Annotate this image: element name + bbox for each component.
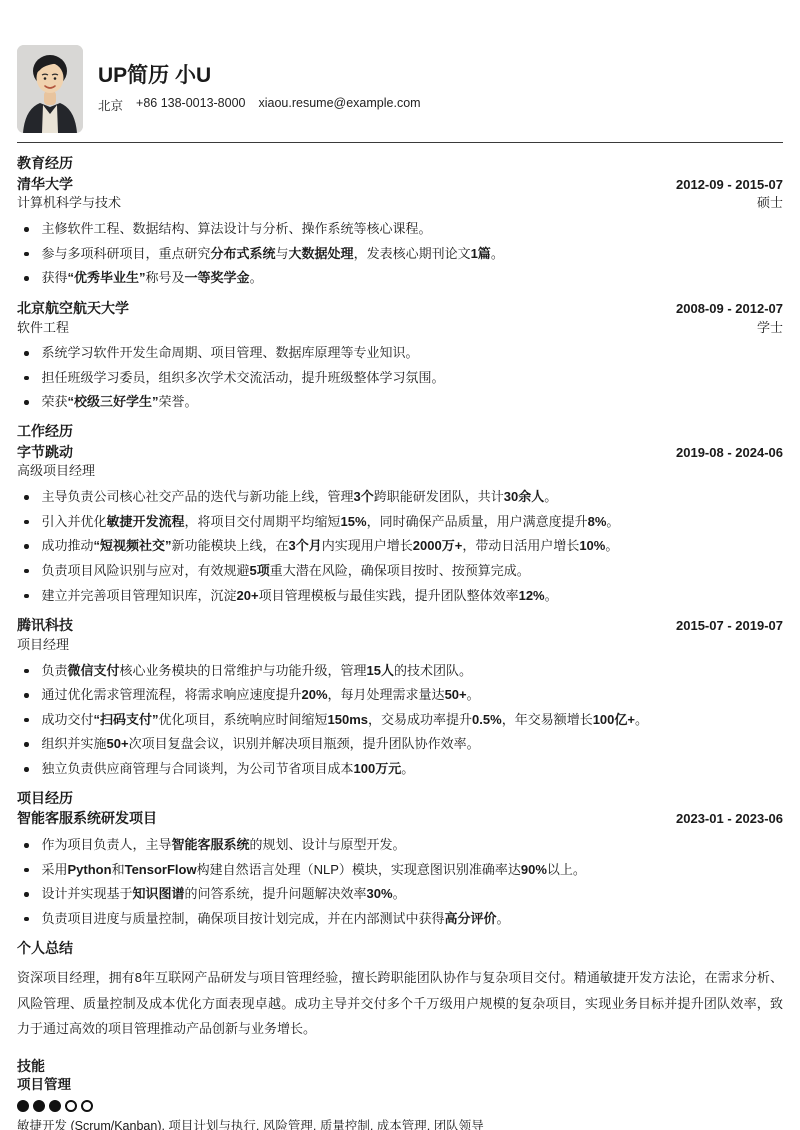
- entry-role: 计算机科学与技术: [17, 196, 121, 210]
- bullet-text-run: 担任班级学习委员，组织多次学术交流活动，提升班级整体学习氛围。: [42, 370, 445, 385]
- contact-line: 北京 +86 138-0013-8000 xiaou.resume@exampl…: [98, 96, 421, 114]
- bullet-text-bold: “扫码支付”: [94, 712, 159, 727]
- bullet-dot-icon: [24, 400, 29, 405]
- bullet-text-bold: 分布式系统: [211, 246, 276, 261]
- section-title: 工作经历: [17, 424, 783, 439]
- bullet-text-run: 和: [112, 862, 125, 877]
- resume-entry: 智能客服系统研发项目2023-01 - 2023-06作为项目负责人，主导智能客…: [17, 811, 783, 927]
- bullet-dot-icon: [24, 376, 29, 381]
- entry-org: 清华大学: [17, 177, 73, 192]
- bullet-item: 负责微信支付核心业务模块的日常维护与功能升级，管理15人的技术团队。: [17, 663, 783, 680]
- bullet-text-run: 。: [606, 514, 619, 529]
- bullet-text-run: 。: [545, 588, 558, 603]
- bullet-text-run: 。: [491, 246, 504, 261]
- bullet-text-run: 负责: [42, 663, 68, 678]
- bullet-text-bold: 15%: [341, 514, 367, 529]
- bullet-text-bold: 50+: [445, 687, 467, 702]
- bullet-text-run: 次项目复盘会议，识别并解决项目瓶颈，提升团队协作效率。: [129, 736, 480, 751]
- bullet-text-bold: 30余人: [504, 489, 544, 504]
- bullet-text-run: 新功能模块上线，在: [172, 538, 289, 553]
- bullet-item: 通过优化需求管理流程，将需求响应速度提升20%，每月处理需求量达50+。: [17, 687, 783, 704]
- bullet-text-run: 组织并实施: [42, 736, 107, 751]
- skill-detail: 敏捷开发 (Scrum/Kanban), 项目计划与执行, 风险管理, 质量控制…: [17, 1120, 783, 1130]
- bullet-text: 作为项目负责人，主导智能客服系统的规划、设计与原型开发。: [42, 837, 406, 854]
- bullet-dot-icon: [24, 569, 29, 574]
- bullet-item: 获得“优秀毕业生”称号及一等奖学金。: [17, 270, 783, 287]
- bullet-text-bold: 20+: [237, 588, 259, 603]
- resume-entry: 北京航空航天大学2008-09 - 2012-07软件工程学士系统学习软件开发生…: [17, 301, 783, 411]
- bullet-text-run: 主导负责公司核心社交产品的迭代与新功能上线，管理: [42, 489, 354, 504]
- section-title: 技能: [17, 1059, 783, 1074]
- bullet-dot-icon: [24, 351, 29, 356]
- bullet-dot-icon: [24, 594, 29, 599]
- bullet-text-bold: 90%: [521, 862, 547, 877]
- bullet-text-bold: 30%: [367, 886, 393, 901]
- bullet-text-bold: 高分评价: [445, 911, 497, 926]
- bullet-text-run: 的规划、设计与原型开发。: [250, 837, 406, 852]
- bullet-text: 采用Python和TensorFlow构建自然语言处理（NLP）模块，实现意图识…: [42, 862, 586, 879]
- entry-header: 腾讯科技2015-07 - 2019-07: [17, 618, 783, 633]
- bullet-item: 建立并完善项目管理知识库，沉淀20+项目管理模板与最佳实践，提升团队整体效率12…: [17, 588, 783, 605]
- bullet-dot-icon: [24, 544, 29, 549]
- bullet-item: 主导负责公司核心社交产品的迭代与新功能上线，管理3个跨职能研发团队，共计30余人…: [17, 489, 783, 506]
- bullet-text-run: ，带动日活用户增长: [462, 538, 579, 553]
- bullet-text-bold: Python: [68, 862, 112, 877]
- bullet-text-run: 荣获: [42, 394, 68, 409]
- bullet-item: 设计并实现基于知识图谱的问答系统，提升问题解决效率30%。: [17, 886, 783, 903]
- bullet-text-run: 负责项目进度与质量控制，确保项目按计划完成，并在内部测试中获得: [42, 911, 445, 926]
- rating-dot-filled-icon: [49, 1100, 61, 1112]
- bullet-text-run: 称号及: [146, 270, 185, 285]
- section-projects: 项目经历智能客服系统研发项目2023-01 - 2023-06作为项目负责人，主…: [17, 791, 783, 928]
- bullet-text-run: 。: [250, 270, 263, 285]
- bullet-text-bold: 150ms: [328, 712, 368, 727]
- entry-role: 软件工程: [17, 321, 69, 335]
- bullet-text-run: 项目管理模板与最佳实践，提升团队整体效率: [259, 588, 519, 603]
- bullet-item: 主修软件工程、数据结构、算法设计与分析、操作系统等核心课程。: [17, 221, 783, 238]
- bullet-text-run: 构建自然语言处理（NLP）模块，实现意图识别准确率达: [197, 862, 521, 877]
- bullet-text-bold: 50+: [107, 736, 129, 751]
- bullet-text-bold: 10%: [579, 538, 605, 553]
- resume-entry: 腾讯科技2015-07 - 2019-07项目经理负责微信支付核心业务模块的日常…: [17, 618, 783, 777]
- bullet-dot-icon: [24, 252, 29, 257]
- bullet-text-run: 设计并实现基于: [42, 886, 133, 901]
- bullet-text-bold: 3个: [354, 489, 374, 504]
- contact-email: xiaou.resume@example.com: [259, 96, 421, 114]
- bullet-text-bold: 一等奖学金: [185, 270, 250, 285]
- bullet-text: 参与多项科研项目，重点研究分布式系统与大数据处理，发表核心期刊论文1篇。: [42, 246, 504, 263]
- bullet-text-bold: 20%: [302, 687, 328, 702]
- bullet-text: 负责项目进度与质量控制，确保项目按计划完成，并在内部测试中获得高分评价。: [42, 911, 510, 928]
- bullet-item: 系统学习软件开发生命周期、项目管理、数据库原理等专业知识。: [17, 345, 783, 362]
- bullet-text: 独立负责供应商管理与合同谈判，为公司节省项目成本100万元。: [42, 761, 415, 778]
- bullet-text-bold: 智能客服系统: [172, 837, 250, 852]
- bullet-dot-icon: [24, 227, 29, 232]
- skill-name: 项目管理: [17, 1078, 783, 1092]
- entry-subheader: 计算机科学与技术硕士: [17, 196, 783, 210]
- contact-phone: +86 138-0013-8000: [136, 96, 245, 114]
- bullet-dot-icon: [24, 868, 29, 873]
- bullet-text: 担任班级学习委员，组织多次学术交流活动，提升班级整体学习氛围。: [42, 370, 445, 387]
- bullet-text-run: ，年交易额增长: [502, 712, 593, 727]
- bullet-item: 负责项目风险识别与应对，有效规避5项重大潜在风险，确保项目按时、按预算完成。: [17, 563, 783, 580]
- bullet-text-run: 与: [276, 246, 289, 261]
- bullet-dot-icon: [24, 843, 29, 848]
- bullet-text-bold: 15人: [367, 663, 394, 678]
- bullet-text-bold: “优秀毕业生”: [68, 270, 146, 285]
- bullet-text-bold: “短视频社交”: [94, 538, 172, 553]
- bullet-dot-icon: [24, 767, 29, 772]
- entry-degree: 学士: [757, 321, 783, 335]
- bullet-item: 成功交付“扫码支付”优化项目，系统响应时间缩短150ms，交易成功率提升0.5%…: [17, 712, 783, 729]
- section-summary: 个人总结资深项目经理，拥有8年互联网产品研发与项目管理经验，擅长跨职能团队协作与…: [17, 941, 783, 1042]
- bullet-text-run: 。: [635, 712, 648, 727]
- bullet-text: 获得“优秀毕业生”称号及一等奖学金。: [42, 270, 263, 287]
- bullet-text-run: 负责项目风险识别与应对，有效规避: [42, 563, 250, 578]
- bullet-text-run: 以上。: [547, 862, 586, 877]
- entry-subheader: 项目经理: [17, 638, 783, 652]
- bullet-text-run: 通过优化需求管理流程，将需求响应速度提升: [42, 687, 302, 702]
- bullet-text-run: 荣誉。: [159, 394, 198, 409]
- entry-role: 项目经理: [17, 638, 69, 652]
- bullet-text-bold: 1篇: [471, 246, 491, 261]
- bullet-list: 主修软件工程、数据结构、算法设计与分析、操作系统等核心课程。参与多项科研项目，重…: [17, 221, 783, 287]
- bullet-text-run: 。: [497, 911, 510, 926]
- bullet-text: 负责微信支付核心业务模块的日常维护与功能升级，管理15人的技术团队。: [42, 663, 473, 680]
- bullet-text-run: 独立负责供应商管理与合同谈判，为公司节省项目成本: [42, 761, 354, 776]
- identity-block: UP简历 小U 北京 +86 138-0013-8000 xiaou.resum…: [98, 64, 421, 114]
- bullet-text: 系统学习软件开发生命周期、项目管理、数据库原理等专业知识。: [42, 345, 419, 362]
- bullet-text-run: 参与多项科研项目，重点研究: [42, 246, 211, 261]
- entry-subheader: 软件工程学士: [17, 321, 783, 335]
- bullet-text-run: 优化项目，系统响应时间缩短: [159, 712, 328, 727]
- bullet-text-bold: 100亿+: [593, 712, 635, 727]
- resume-page: UP简历 小U 北京 +86 138-0013-8000 xiaou.resum…: [0, 0, 800, 1130]
- bullet-list: 系统学习软件开发生命周期、项目管理、数据库原理等专业知识。担任班级学习委员，组织…: [17, 345, 783, 411]
- bullet-text-run: 的技术团队。: [394, 663, 472, 678]
- section-title: 项目经历: [17, 791, 783, 806]
- bullet-text: 荣获“校级三好学生”荣誉。: [42, 394, 198, 411]
- bullet-text-run: 系统学习软件开发生命周期、项目管理、数据库原理等专业知识。: [42, 345, 419, 360]
- bullet-text: 成功推动“短视频社交”新功能模块上线，在3个月内实现用户增长2000万+，带动日…: [42, 538, 619, 555]
- bullet-item: 荣获“校级三好学生”荣誉。: [17, 394, 783, 411]
- bullet-text-bold: 大数据处理: [289, 246, 354, 261]
- bullet-text-run: 。: [467, 687, 480, 702]
- bullet-text: 引入并优化敏捷开发流程，将项目交付周期平均缩短15%，同时确保产品质量，用户满意…: [42, 514, 620, 531]
- section-work: 工作经历字节跳动2019-08 - 2024-06高级项目经理主导负责公司核心社…: [17, 424, 783, 778]
- bullet-text-bold: 3个月: [289, 538, 322, 553]
- bullet-item: 引入并优化敏捷开发流程，将项目交付周期平均缩短15%，同时确保产品质量，用户满意…: [17, 514, 783, 531]
- entry-date: 2008-09 - 2012-07: [676, 302, 783, 316]
- bullet-text-run: 采用: [42, 862, 68, 877]
- profile-photo-illustration: [17, 45, 83, 133]
- resume-sections: 教育经历清华大学2012-09 - 2015-07计算机科学与技术硕士主修软件工…: [17, 156, 783, 1130]
- entry-date: 2015-07 - 2019-07: [676, 619, 783, 633]
- bullet-text-run: 建立并完善项目管理知识库，沉淀: [42, 588, 237, 603]
- entry-org: 北京航空航天大学: [17, 301, 129, 316]
- bullet-text-run: 核心业务模块的日常维护与功能升级，管理: [120, 663, 367, 678]
- bullet-item: 担任班级学习委员，组织多次学术交流活动，提升班级整体学习氛围。: [17, 370, 783, 387]
- bullet-text-bold: 敏捷开发流程: [107, 514, 185, 529]
- bullet-item: 采用Python和TensorFlow构建自然语言处理（NLP）模块，实现意图识…: [17, 862, 783, 879]
- bullet-text-run: 引入并优化: [42, 514, 107, 529]
- section-title: 个人总结: [17, 941, 783, 956]
- bullet-dot-icon: [24, 276, 29, 281]
- bullet-text-bold: 12%: [519, 588, 545, 603]
- bullet-text-run: ，每月处理需求量达: [328, 687, 445, 702]
- bullet-list: 主导负责公司核心社交产品的迭代与新功能上线，管理3个跨职能研发团队，共计30余人…: [17, 489, 783, 604]
- entry-header: 智能客服系统研发项目2023-01 - 2023-06: [17, 811, 783, 826]
- bullet-dot-icon: [24, 718, 29, 723]
- entry-header: 北京航空航天大学2008-09 - 2012-07: [17, 301, 783, 316]
- bullet-dot-icon: [24, 520, 29, 525]
- bullet-item: 作为项目负责人，主导智能客服系统的规划、设计与原型开发。: [17, 837, 783, 854]
- bullet-text: 成功交付“扫码支付”优化项目，系统响应时间缩短150ms，交易成功率提升0.5%…: [42, 712, 649, 729]
- bullet-text-run: 主修软件工程、数据结构、算法设计与分析、操作系统等核心课程。: [42, 221, 432, 236]
- entry-header: 字节跳动2019-08 - 2024-06: [17, 445, 783, 460]
- entry-header: 清华大学2012-09 - 2015-07: [17, 177, 783, 192]
- bullet-dot-icon: [24, 742, 29, 747]
- resume-entry: 清华大学2012-09 - 2015-07计算机科学与技术硕士主修软件工程、数据…: [17, 177, 783, 287]
- resume-header: UP简历 小U 北京 +86 138-0013-8000 xiaou.resum…: [17, 45, 783, 133]
- bullet-text-bold: TensorFlow: [125, 862, 197, 877]
- section-education: 教育经历清华大学2012-09 - 2015-07计算机科学与技术硕士主修软件工…: [17, 156, 783, 411]
- contact-location: 北京: [98, 96, 123, 114]
- bullet-text-run: ，交易成功率提升: [368, 712, 472, 727]
- bullet-text-bold: “校级三好学生”: [68, 394, 159, 409]
- bullet-text-run: 。: [401, 761, 414, 776]
- entry-date: 2012-09 - 2015-07: [676, 178, 783, 192]
- bullet-text-bold: 8%: [588, 514, 607, 529]
- bullet-text-run: 。: [393, 886, 406, 901]
- bullet-text: 建立并完善项目管理知识库，沉淀20+项目管理模板与最佳实践，提升团队整体效率12…: [42, 588, 558, 605]
- bullet-text-run: 作为项目负责人，主导: [42, 837, 172, 852]
- bullet-text-bold: 微信支付: [68, 663, 120, 678]
- entry-date: 2023-01 - 2023-06: [676, 812, 783, 826]
- entry-degree: 硕士: [757, 196, 783, 210]
- entry-org: 字节跳动: [17, 445, 73, 460]
- bullet-text-run: 内实现用户增长: [322, 538, 413, 553]
- rating-dot-empty-icon: [81, 1100, 93, 1112]
- skill-item: 项目管理敏捷开发 (Scrum/Kanban), 项目计划与执行, 风险管理, …: [17, 1078, 783, 1130]
- bullet-text-run: 成功交付: [42, 712, 94, 727]
- candidate-name: UP简历 小U: [98, 64, 421, 87]
- bullet-text-bold: 100万元: [354, 761, 402, 776]
- bullet-item: 参与多项科研项目，重点研究分布式系统与大数据处理，发表核心期刊论文1篇。: [17, 246, 783, 263]
- bullet-text-run: ，同时确保产品质量，用户满意度提升: [367, 514, 588, 529]
- bullet-text-run: 重大潜在风险，确保项目按时、按预算完成。: [270, 563, 530, 578]
- bullet-text-run: ，发表核心期刊论文: [354, 246, 471, 261]
- bullet-text-run: ，将项目交付周期平均缩短: [185, 514, 341, 529]
- bullet-item: 负责项目进度与质量控制，确保项目按计划完成，并在内部测试中获得高分评价。: [17, 911, 783, 928]
- bullet-text: 组织并实施50+次项目复盘会议，识别并解决项目瓶颈，提升团队协作效率。: [42, 736, 480, 753]
- bullet-item: 独立负责供应商管理与合同谈判，为公司节省项目成本100万元。: [17, 761, 783, 778]
- header-divider: [17, 142, 783, 143]
- bullet-text: 主导负责公司核心社交产品的迭代与新功能上线，管理3个跨职能研发团队，共计30余人…: [42, 489, 558, 506]
- entry-org: 腾讯科技: [17, 618, 73, 633]
- bullet-text-run: 的问答系统，提升问题解决效率: [185, 886, 367, 901]
- bullet-text-bold: 5项: [250, 563, 270, 578]
- bullet-item: 组织并实施50+次项目复盘会议，识别并解决项目瓶颈，提升团队协作效率。: [17, 736, 783, 753]
- resume-entry: 字节跳动2019-08 - 2024-06高级项目经理主导负责公司核心社交产品的…: [17, 445, 783, 604]
- bullet-text-run: 。: [605, 538, 618, 553]
- bullet-dot-icon: [24, 917, 29, 922]
- summary-text: 资深项目经理，拥有8年互联网产品研发与项目管理经验，擅长跨职能团队协作与复杂项目…: [17, 965, 783, 1042]
- bullet-text-bold: 0.5%: [472, 712, 502, 727]
- bullet-dot-icon: [24, 669, 29, 674]
- profile-photo: [17, 45, 83, 133]
- skill-rating: [17, 1100, 783, 1112]
- bullet-list: 作为项目负责人，主导智能客服系统的规划、设计与原型开发。采用Python和Ten…: [17, 837, 783, 928]
- entry-subheader: 高级项目经理: [17, 464, 783, 478]
- rating-dot-empty-icon: [65, 1100, 77, 1112]
- rating-dot-filled-icon: [33, 1100, 45, 1112]
- bullet-dot-icon: [24, 892, 29, 897]
- entry-role: 高级项目经理: [17, 464, 95, 478]
- bullet-text: 通过优化需求管理流程，将需求响应速度提升20%，每月处理需求量达50+。: [42, 687, 480, 704]
- bullet-text: 设计并实现基于知识图谱的问答系统，提升问题解决效率30%。: [42, 886, 406, 903]
- rating-dot-filled-icon: [17, 1100, 29, 1112]
- bullet-item: 成功推动“短视频社交”新功能模块上线，在3个月内实现用户增长2000万+，带动日…: [17, 538, 783, 555]
- bullet-dot-icon: [24, 693, 29, 698]
- bullet-text-bold: 2000万+: [413, 538, 463, 553]
- bullet-text: 负责项目风险识别与应对，有效规避5项重大潜在风险，确保项目按时、按预算完成。: [42, 563, 530, 580]
- entry-org: 智能客服系统研发项目: [17, 811, 157, 826]
- bullet-text-run: 获得: [42, 270, 68, 285]
- entry-date: 2019-08 - 2024-06: [676, 446, 783, 460]
- bullet-text-bold: 知识图谱: [133, 886, 185, 901]
- bullet-dot-icon: [24, 495, 29, 500]
- bullet-text-run: 跨职能研发团队，共计: [374, 489, 504, 504]
- bullet-text: 主修软件工程、数据结构、算法设计与分析、操作系统等核心课程。: [42, 221, 432, 238]
- bullet-text-run: 。: [544, 489, 557, 504]
- section-skills: 技能项目管理敏捷开发 (Scrum/Kanban), 项目计划与执行, 风险管理…: [17, 1059, 783, 1130]
- bullet-list: 负责微信支付核心业务模块的日常维护与功能升级，管理15人的技术团队。通过优化需求…: [17, 663, 783, 778]
- bullet-text-run: 成功推动: [42, 538, 94, 553]
- section-title: 教育经历: [17, 156, 783, 171]
